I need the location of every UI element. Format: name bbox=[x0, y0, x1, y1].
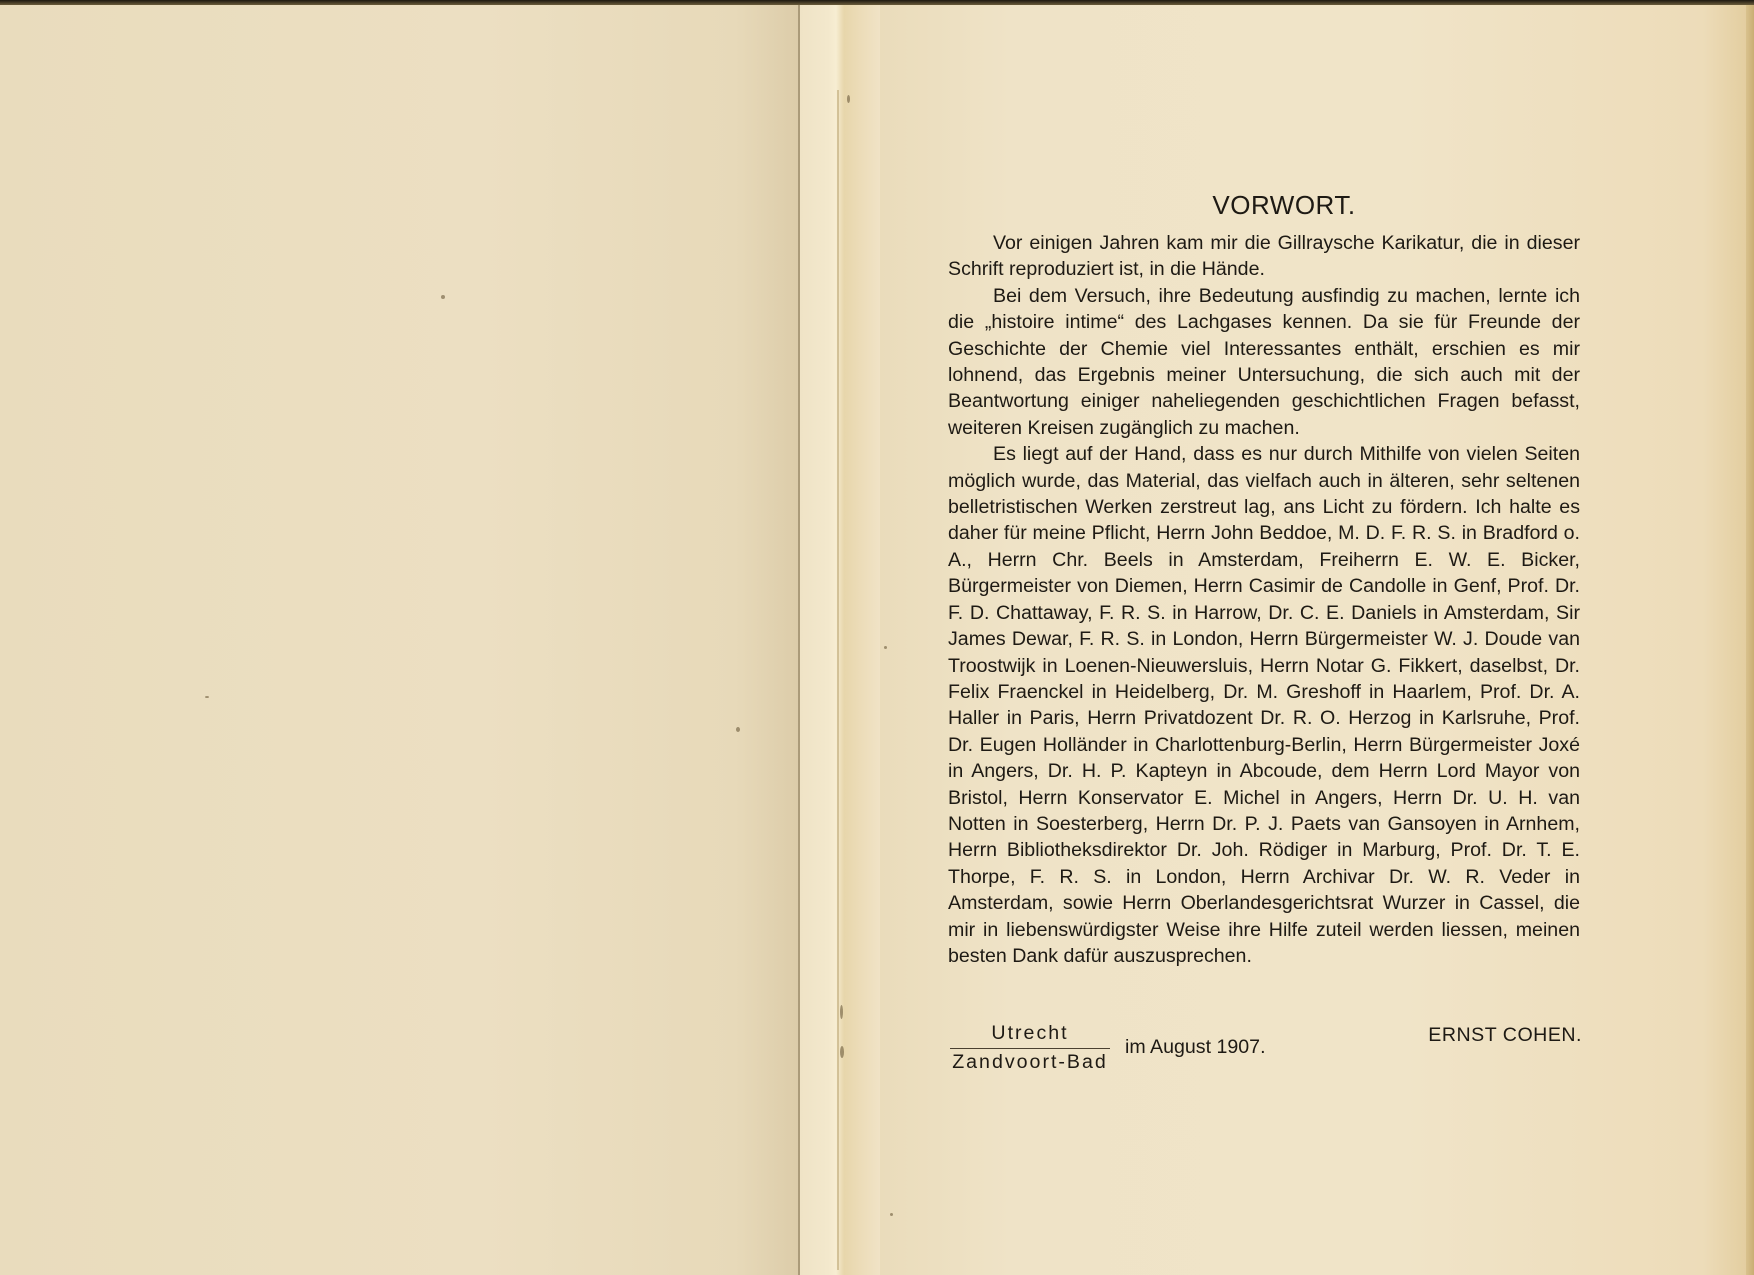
author-name: ERNST COHEN. bbox=[1428, 1024, 1582, 1047]
place-top: Utrecht bbox=[950, 1022, 1110, 1049]
book-spread: VORWORT. Vor einigen Jahren kam mir die … bbox=[0, 0, 1754, 1275]
paper-speck bbox=[205, 696, 209, 698]
place-fraction: Utrecht Zandvoort-Bad bbox=[950, 1022, 1110, 1074]
left-page-blank bbox=[0, 5, 800, 1275]
paragraph-3: Es liegt auf der Hand, dass es nur durch… bbox=[948, 441, 1580, 969]
date-text: im August 1907. bbox=[1125, 1036, 1266, 1059]
paper-speck bbox=[441, 295, 445, 299]
paragraph-1: Vor einigen Jahren kam mir die Gillraysc… bbox=[948, 230, 1580, 283]
book-gutter bbox=[800, 5, 880, 1275]
paper-speck bbox=[840, 1046, 844, 1058]
page-title: VORWORT. bbox=[988, 190, 1580, 220]
signature-block: Utrecht Zandvoort-Bad im August 1907. ER… bbox=[950, 1022, 1582, 1082]
paper-speck bbox=[847, 95, 850, 103]
paper-speck bbox=[840, 1005, 843, 1019]
paper-speck bbox=[890, 1213, 893, 1216]
paper-speck bbox=[884, 646, 887, 649]
paper-speck bbox=[736, 727, 740, 732]
gutter-crease bbox=[837, 90, 839, 1270]
place-bottom: Zandvoort-Bad bbox=[950, 1049, 1110, 1074]
preface-text-block: VORWORT. Vor einigen Jahren kam mir die … bbox=[948, 190, 1580, 969]
right-page-edge bbox=[1746, 5, 1754, 1275]
paragraph-2: Bei dem Versuch, ihre Bedeutung ausfindi… bbox=[948, 283, 1580, 441]
